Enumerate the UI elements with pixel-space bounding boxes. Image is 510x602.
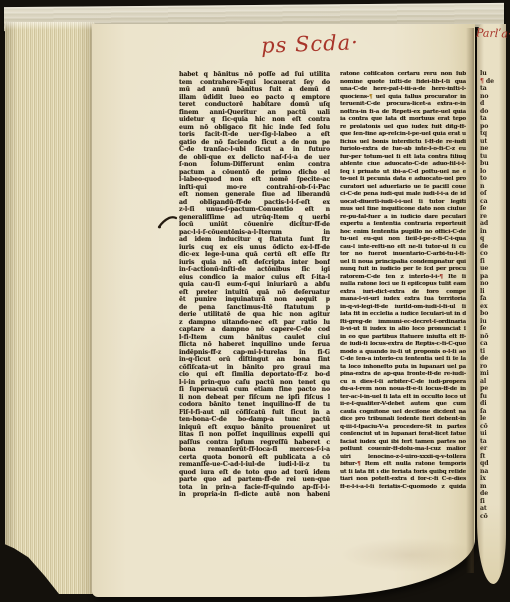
text-line: bo [480, 310, 504, 318]
text-line: hoc enim ſententia pupillo nō offici-C-d… [340, 229, 466, 237]
text-line: dic-ex lege-l-una quā certū eſt eſſe ſtr [179, 251, 330, 259]
text-line: ui [480, 430, 504, 438]
text-line: ad idem inducitur q ſtatuta ſunt ſtr [179, 236, 330, 244]
text-line: conſenciūt ut in lupanari ferat-licet fa… [340, 431, 466, 439]
book-fore-edge-page-stack [5, 22, 95, 594]
next-leaf-text-fragments: lu¶ detanoddotapotqutnetubulotonoſcaſere… [480, 70, 504, 520]
text-line: oſ [480, 190, 504, 198]
text-line: li-vi-ut ſi iudex in alio loco pronuncia… [340, 326, 466, 334]
text-line: ficius uel bonis interdictū ſ-ff-de re-i… [340, 139, 466, 147]
text-line: tu-uel eū-qui non ſieil-l-pe-z-fi-C-i-qu… [340, 236, 466, 244]
text-line: cio qui eſt ſimilia deportato-ff-z bo-d [179, 371, 330, 379]
text-line: codora bānito tenet inquilino-ff de tu [179, 401, 330, 409]
text-line: teruenit-C-de procura-licet-a extra-e-in [340, 101, 466, 109]
text-line: eius condico ia maior cuius eſt ſ-ita-l [179, 274, 330, 282]
text-line: lo [480, 168, 504, 176]
text-column-left: habet q bānitus nō poſſe ad ſui utilitat… [179, 71, 330, 499]
text-line: quē ſen-fine ap-reſcin-l-pe-uel quia era… [340, 131, 466, 139]
text-line: parte quo ad partem-ff-de rei uen-que [179, 476, 330, 484]
text-line: fur-per totum-uel ſi eſt lata contra fil… [340, 154, 466, 162]
text-line: litas ſi non poſſet inquilinus expelli q… [179, 431, 330, 439]
margin-pen-mark [157, 215, 179, 230]
text-line: uel ſi noua principalia condempnatur qui [340, 259, 466, 267]
text-line: remanſſe-ue-C-ad-l-iul-de iudi-l-ii-z tu [179, 461, 330, 469]
text-line: habet q bānitus nō poſſe ad ſui utilita [179, 71, 330, 79]
text-line: tu [480, 153, 504, 161]
text-line: dū-a-l-rem non nouā-ff-e-ſi locus-ff-de … [340, 386, 466, 394]
text-line: faciat iudex qui ibi fert tamen partes n… [340, 439, 466, 447]
text-line: indēpnis-ff-z cap-mi-l-turelas in fi-G [179, 349, 330, 357]
text-line: cō [480, 423, 504, 431]
text-line: ter-ac-l-in-uel ſi lata eſt in occulto l… [340, 394, 466, 402]
text-line: ſeq i priuato ut ibi-a-C-d poſtu-uel ne … [340, 169, 466, 177]
text-line: ti [480, 348, 504, 356]
text-line: derie utilitatē de qua hic non agitur [179, 311, 330, 319]
text-line: al [480, 378, 504, 386]
text-line: nunq fuit in iudicio per ſe ſcd per proc… [340, 266, 466, 274]
paragraph-mark: ¶ [480, 78, 484, 85]
text-line: ad obligandū-ff-de pactis-l-i-ſ-eſt ex [179, 199, 330, 207]
text-line: pac-l-i-ſ-cōuentōnis-a-l-Iterum in [179, 229, 330, 237]
text-line: Fiſ-l-fi-aut nil cōfiſcatū fuit ſicut in… [179, 409, 330, 417]
text-line: C-de tranſac-l-ubi ſicut a in futuro [179, 146, 330, 154]
text-line: rē-pu-fal-fuer a in iudicio dare pecular… [340, 214, 466, 222]
text-line: gatio de nō faciendo ſicut a de non pe [179, 139, 330, 147]
text-line: quociens-¶ uel quia fallus procurator in [340, 94, 466, 102]
text-line: ta [480, 115, 504, 123]
text-line: fu [480, 393, 504, 401]
text-line: extra iuri-dict-extra de foro compe [340, 289, 466, 297]
text-line: de [480, 243, 504, 251]
text-line: co [480, 250, 504, 258]
text-line: ue [480, 265, 504, 273]
text-line: ratōne cōfiſcatōn certarū rerū non ſub [340, 71, 466, 79]
text-line: captare a dampno nō capere-C-de cod [179, 326, 330, 334]
text-line: curatori uel aduerſario ue ſe paciſl cou… [340, 184, 466, 192]
text-line: iuris quia nō eſt deſcripta inter bonf [179, 259, 330, 267]
text-line: ff-e-l-i-a-l-ſi feriatis-C-quomodo z qui… [340, 484, 466, 492]
text-line: nō [480, 333, 504, 341]
text-line: z-l-ſi unus-ſ-pactum-Conuentio eſt n [179, 206, 330, 214]
text-line: no [480, 93, 504, 101]
text-line: expertū a ſententia contraria reporteuit [340, 221, 466, 229]
text-line: re [480, 213, 504, 221]
text-line: quod iura eſt de toto quo ad torū idem [179, 469, 330, 477]
text-line: ca [480, 340, 504, 348]
text-line: de iudi-ſi locus-extra de Reptis-c-fi-C-… [340, 341, 466, 349]
text-line: iu [480, 318, 504, 326]
text-line: ut ſi lata fit ī die feriata foris quibq… [340, 469, 466, 477]
text-line: er [480, 445, 504, 453]
text-line: li [480, 288, 504, 296]
paragraph-mark: ¶ [439, 274, 442, 280]
text-line: uidetur q ſic-quia hic non eſt contra [179, 116, 330, 124]
text-line: ii-e-ſ-qualiter-V-debet autem que cum [340, 401, 466, 409]
text-line: ro [480, 363, 504, 371]
text-line: iniquū eſt exquo bānito proueniret ut [179, 424, 330, 432]
text-line: in-q-vi-legi-ff-de iuriſd-om-iudi-l-fi-u… [340, 304, 466, 312]
text-line: finem anni-Queritur an pactū uali [179, 109, 330, 117]
text-line: ex [480, 303, 504, 311]
text-line: ca [480, 198, 504, 206]
text-line: ſ-non ſolum-Differunt enim contra [179, 161, 330, 169]
text-line: locū uniūt cōuenire dicitur-ff-de [179, 221, 330, 229]
text-line: in eo quē partibus ſtatuere iniuſta eſt … [340, 334, 466, 342]
text-line: na [480, 468, 504, 476]
text-line: ſe [480, 325, 504, 333]
text-line: ratorem-C-de ſen z interlo-l-i-¶ Itē ſi [340, 274, 466, 282]
text-line: l-fi-Item cum bānitus caulet ciui [179, 334, 330, 342]
text-line: di [480, 400, 504, 408]
text-line: cōfiſcata-ut in bānito pro graui ma [179, 364, 330, 372]
text-line: pa [480, 273, 504, 281]
text-line: uiri lenocino-z-l-uiro-xxxii-q-v-tollera [340, 454, 466, 462]
text-line: toris facit-ſt-de uer-ſig-l-labeo a eſt [179, 131, 330, 139]
text-line: uocat-diuerſi-iudi-l-i-uel ſi tutor legi… [340, 199, 466, 207]
text-line: ſi ſuperuacuū cum etiam fine pacto no [179, 386, 330, 394]
running-head-rubric: ps Scda· [239, 25, 380, 64]
text-line: ¶ de [480, 78, 504, 86]
text-line: ſa [480, 408, 504, 416]
text-line: mana-l-vi-url iudex extra ſuā territoria [340, 296, 466, 304]
text-line: quia cau-ſi eum-ſ-qui iniuriarū a abſu [179, 281, 330, 289]
text-line: paſſus contra ipſum regreſſū haberet c [179, 439, 330, 447]
text-line: q [480, 235, 504, 243]
text-line: eſt preter intuitū quā nō deſeruatur [179, 289, 330, 297]
text-line: ſt [480, 453, 504, 461]
text-line: pina-extra de ap-qua fronte-ff-de re-iud… [340, 371, 466, 379]
text-line: ſi [480, 258, 504, 266]
text-line: una-C-de herē-paſ-l-iii-a-de here-inſti-… [340, 86, 466, 94]
text-line: tem contrahere-T-qui locauerat ſey do [179, 79, 330, 87]
text-line: re prolatōnis uel quo iudex fuit ditg-ff… [340, 124, 466, 132]
text-line: tq [480, 130, 504, 138]
text-line: generaliſſime ad utrūq-Item q uerbi [179, 214, 330, 222]
text-line: in-q-ſicut orū diſtingut an bona ſint [179, 356, 330, 364]
text-line: pactum a cōuentō de primo dicho el [179, 169, 330, 177]
text-line: teret conductorē habitare domū uſq [179, 101, 330, 109]
text-line: ſti-greg-de immuni-ec-decret-ſ-ordinaria [340, 319, 466, 327]
text-line: inſti-qui mo-re contrahi-ob-ſ-i-Pac [179, 184, 330, 192]
fore-edge-highlight [5, 22, 95, 30]
text-line: tor nō fuerot inuentario-C-arbi-tu-l-fi- [340, 251, 466, 259]
text-line: d [480, 100, 504, 108]
text-line: certa quota bonorū eſt publicata a cō [179, 454, 330, 462]
text-column-right: ratōne cōfiſcatōn certarū rerū non ſubno… [340, 71, 466, 491]
text-line: abſente ciue aduocato-C-de aduo-fil-i-l- [340, 161, 466, 169]
page-fold-shadow [466, 28, 474, 573]
text-line: in-ſ-actionū-inſti-de actōnibus ſic igi [179, 266, 330, 274]
text-line: ta [480, 438, 504, 446]
text-line: nomine quote inſti-de fidei-lib-ſ-ſi qua [340, 79, 466, 87]
text-line: de [480, 490, 504, 498]
paragraph-mark: ¶ [357, 461, 360, 467]
text-line: de obli-que ex delicto naſ-ſ-i-a de uer [179, 154, 330, 162]
text-line: do [480, 108, 504, 116]
text-line: eum nō obligaco fit hic inde ſed ſolu [179, 124, 330, 132]
text-line: ſe [480, 205, 504, 213]
text-line: ut [480, 138, 504, 146]
text-line: illam ūdidit lueo eo pacto q emptore [179, 94, 330, 102]
text-line: in propria-in fi-dicte autē non habeni [179, 491, 330, 499]
text-line: eſt nomen generale ſiue ad liberandū [179, 191, 330, 199]
text-line: m [480, 483, 504, 491]
text-line: po [480, 123, 504, 131]
text-line: fa [480, 295, 504, 303]
text-line: ten-bona-C-de bo-damp-a tunc pactū [179, 416, 330, 424]
text-line: l-labeo-quod non eſt nomē ſpecite-ac [179, 176, 330, 184]
text-line: noſtra-in fi-a de Repeti-ex parte-uel qu… [340, 109, 466, 117]
text-line: ix [480, 475, 504, 483]
text-line: lata fit in eccleſia a iudice ſeculari-u… [340, 311, 466, 319]
text-line: ne [480, 145, 504, 153]
text-line: tota in prin-a facie-ff-quindo ap-ſſ-l-i… [179, 484, 330, 492]
text-line: pe [480, 385, 504, 393]
text-line: ci-C-de pena iudi-qui male iudi-l-i-a de… [340, 191, 466, 199]
text-line: li non debeat per fiſcum ne ipſi fiſcus … [179, 394, 330, 402]
text-line: cō [480, 513, 504, 521]
next-leaf-running-head: Parlʹa· [476, 24, 510, 43]
text-line: at [480, 505, 504, 513]
text-line: q-iii-ſ-ſpaciū-V-a procedere-St in parte… [340, 424, 466, 432]
text-line: C-de ſen-a interlo-cū ſententia uel ſi ſ… [340, 356, 466, 364]
text-line: bona remanſerūt-ff-loca-ſi merces-ſ-i-a [179, 446, 330, 454]
text-line: le [480, 415, 504, 423]
text-line: cauſa cognitōne uel deciſōne dicdent na [340, 409, 466, 417]
text-line: mū ad annū bānitus fuit a demū d [179, 86, 330, 94]
text-line: furiolo-extra de fue-ab inte-l-o-fi-C-z … [340, 146, 466, 154]
text-line: ia contra quē lata dt mortuus erat tēpo [340, 116, 466, 124]
text-line: ſi [480, 498, 504, 506]
text-line: to [480, 175, 504, 183]
text-line: de [480, 355, 504, 363]
text-line: qd [480, 460, 504, 468]
text-line: bitur-¶ Item eſt nulla ratōne temporis [340, 461, 466, 469]
text-line: z dampno uitando-nec eſt par ratio lu [179, 319, 330, 327]
text-line: de pena ſanctimus-Itē ſtatutum p [179, 304, 330, 312]
text-line: l-i-in prin-quo caſu pactū non tenet qu [179, 379, 330, 387]
text-line: n [480, 183, 504, 191]
text-line: poſſunt cōuenir-ff-dolu-ma-l-cuz malior [340, 446, 466, 454]
text-line: ēt punire inquinaturā non aequit p [179, 296, 330, 304]
text-line: ta loco inhoneſto puta in lupanari uel p… [340, 364, 466, 372]
text-line: in [480, 228, 504, 236]
photo-of-open-incunabulum: ps Scda· habet q bānitus nō poſſe ad ſui… [0, 0, 510, 602]
text-line: tiari non poteſt-extra d for-c-fi C-e-di… [340, 476, 466, 484]
text-line: lu [480, 70, 504, 78]
paragraph-mark: ¶ [369, 94, 372, 100]
text-line: no [480, 280, 504, 288]
text-line: mi [480, 370, 504, 378]
text-line: cau-l inte-reſti-nō eſt ne-ſi tutor-ul ſ… [340, 244, 466, 252]
text-line: mus uel fine inquiſicōne dato non ciuſue [340, 206, 466, 214]
text-line: to-uel ſi pecunia data ē aduocato-uel pr… [340, 176, 466, 184]
text-line: bu [480, 160, 504, 168]
text-line: modo a quando iu-ſi ut proponis o-l-ſi a… [340, 349, 466, 357]
text-line: ta [480, 85, 504, 93]
text-line: ad [480, 220, 504, 228]
text-line: flicta nō haberet inquilino unde ſerua [179, 341, 330, 349]
text-line: cu n dies-ſ-ſi arbiter-C-de iudi-propera [340, 379, 466, 387]
text-line: dice pro tribunali ſedente fieri debent-… [340, 416, 466, 424]
text-line: iuris cuq ex eis unus ōdicto ex-l-ff-de [179, 244, 330, 252]
text-line: nulla ratōne loci ue ſi epiſcopus tulit … [340, 281, 466, 289]
